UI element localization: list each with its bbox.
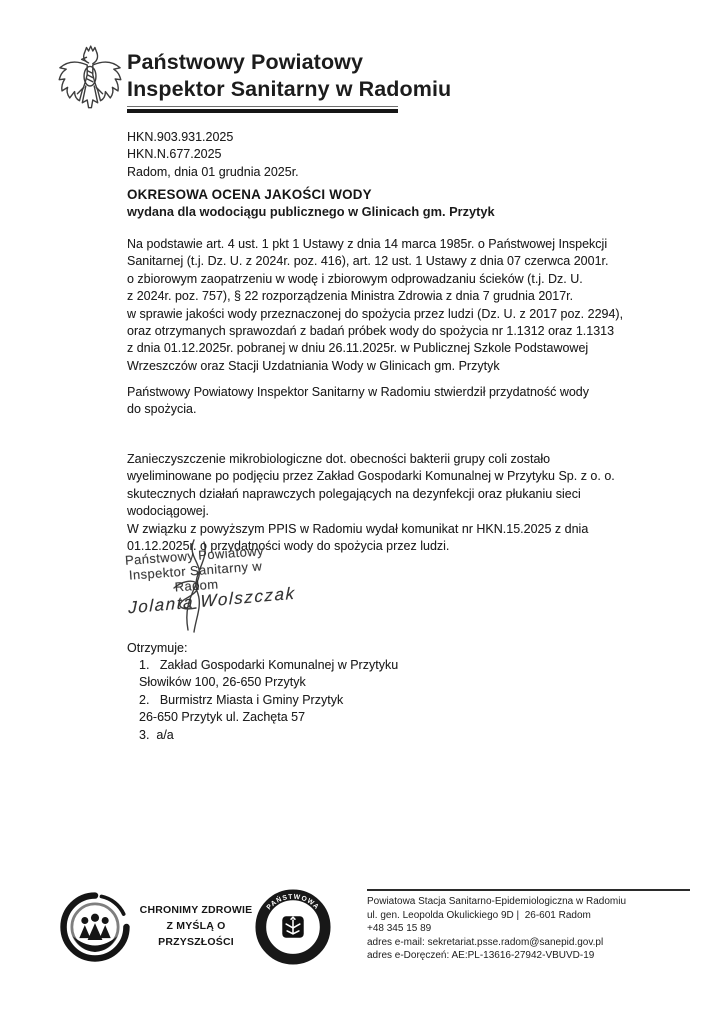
paragraph-legal-basis: Na podstawie art. 4 ust. 1 pkt 1 Ustawy … [127, 236, 623, 375]
header-rule-thick [127, 109, 398, 113]
station-name: Powiatowa Stacja Sanitarno-Epidemiologic… [367, 895, 690, 909]
text-line: 2. Burmistrz Miasta i Gminy Przytyk [127, 692, 398, 709]
text-line: 26-650 Przytyk ul. Zachęta 57 [127, 709, 398, 726]
eagle-emblem-icon [55, 44, 125, 114]
station-divider [367, 889, 690, 891]
place-date: Radom, dnia 01 grudnia 2025r. [127, 164, 299, 181]
scanned-letter-page: Państwowy Powiatowy Inspektor Sanitarny … [0, 0, 724, 1024]
text-line: Państwowy Powiatowy Inspektor Sanitarny … [127, 384, 589, 401]
footer-motto-line2: Z MYŚLĄ O PRZYSZŁOŚCI [131, 918, 261, 950]
case-number-1: HKN.903.931.2025 [127, 129, 299, 146]
station-email: adres e-mail: sekretariat.psse.radom@san… [367, 936, 690, 950]
case-number-2: HKN.N.677.2025 [127, 146, 299, 163]
org-name-line1: Państwowy Powiatowy [127, 49, 451, 76]
text-line: 1. Zakład Gospodarki Komunalnej w Przyty… [127, 657, 398, 674]
recipients-list: 1. Zakład Gospodarki Komunalnej w Przyty… [127, 657, 398, 744]
paragraph-statement: Państwowy Powiatowy Inspektor Sanitarny … [127, 384, 589, 419]
footer-motto: CHRONIMY ZDROWIE Z MYŚLĄ O PRZYSZŁOŚCI [131, 902, 261, 950]
health-promotion-logo-icon [58, 890, 132, 964]
text-line: wodociągowej. [127, 503, 615, 520]
station-phone: +48 345 15 89 [367, 922, 690, 936]
sanitary-inspection-seal-icon: PAŃSTWOWA INSPEKCJA SANITARNA [254, 888, 332, 966]
text-line: Wrzeszczów oraz Stacji Uzdatniania Wody … [127, 358, 623, 375]
header-org-name: Państwowy Powiatowy Inspektor Sanitarny … [127, 49, 451, 103]
org-name-line2: Inspektor Sanitarny w Radomiu [127, 76, 451, 103]
recipients-heading: Otrzymuje: [127, 640, 187, 657]
text-line: skutecznych działań naprawczych polegają… [127, 486, 615, 503]
footer-motto-line1: CHRONIMY ZDROWIE [131, 902, 261, 918]
doc-title: OKRESOWA OCENA JAKOŚCI WODY [127, 187, 372, 202]
text-line: w sprawie jakości wody przeznaczonej do … [127, 306, 623, 323]
station-address: ul. gen. Leopolda Okulickiego 9D | 26-60… [367, 909, 690, 923]
text-line: Sanitarnej (t.j. Dz. U. z 2024r. poz. 41… [127, 253, 623, 270]
text-line: 3. a/a [127, 727, 398, 744]
text-line: W związku z powyższym PPIS w Radomiu wyd… [127, 521, 615, 538]
header-rule [127, 106, 398, 113]
text-line: o zbiorowym zaopatrzeniu w wodę i zbioro… [127, 271, 623, 288]
reference-block: HKN.903.931.2025 HKN.N.677.2025 Radom, d… [127, 129, 299, 181]
text-line: wyeliminowane po podjęciu przez Zakład G… [127, 468, 615, 485]
station-info: Powiatowa Stacja Sanitarno-Epidemiologic… [367, 889, 690, 963]
text-line: Na podstawie art. 4 ust. 1 pkt 1 Ustawy … [127, 236, 623, 253]
text-line: Zanieczyszczenie mikrobiologiczne dot. o… [127, 451, 615, 468]
text-line: oraz otrzymanych sprawozdań z badań prób… [127, 323, 623, 340]
text-line: Słowików 100, 26-650 Przytyk [127, 674, 398, 691]
header-rule-thin [127, 106, 398, 107]
signature-squiggle-icon [160, 538, 220, 633]
station-edelivery: adres e-Doręczeń: AE:PL-13616-27942-VBUV… [367, 949, 690, 963]
doc-subtitle: wydana dla wodociągu publicznego w Glini… [127, 204, 495, 219]
text-line: z 2024r. poz. 757), § 22 rozporządzenia … [127, 288, 623, 305]
text-line: z dnia 01.12.2025r. pobranej w dniu 26.1… [127, 340, 623, 357]
text-line: do spożycia. [127, 401, 589, 418]
